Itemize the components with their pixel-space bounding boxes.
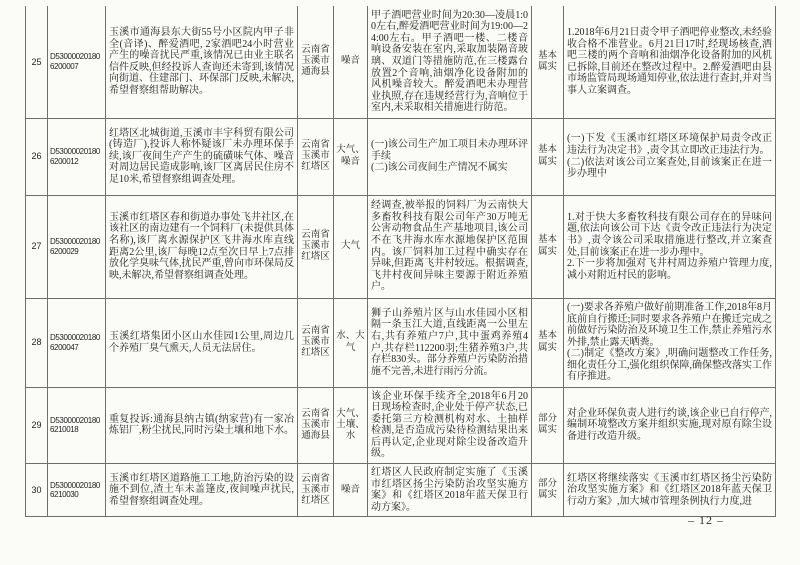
table-row: 29 D530000201806210018 重复投诉:通海县纳古镇(纳家营)有…	[26, 387, 776, 464]
pollution-type: 大气、噪音	[334, 118, 368, 195]
complaint-text: 重复投诉:通海县纳古镇(纳家营)有一家冶炼铝厂,粉尘扰民,同时污染土壤和地下水。	[106, 387, 298, 464]
table-row: 26 D530000201806200012 红塔区北城街道,玉溪市丰宇科贸有限…	[26, 118, 776, 195]
measures-text: (一)下发《玉溪市红塔区环境保护局责令改正违法行为决定书》,责令其立即改正违法行…	[564, 118, 776, 195]
page-number: – 12 –	[688, 513, 724, 528]
row-number: 28	[26, 298, 48, 387]
pollution-type: 噪音	[334, 464, 368, 517]
status-label: 基本属实	[532, 195, 564, 298]
investigation-text: 红塔区人民政府制定实施了《玉溪市红塔区扬尘污染防治攻坚实施方案》和《红塔区201…	[368, 464, 532, 517]
case-id: D530000201806200007	[48, 6, 106, 118]
complaint-text: 玉溪市通海县东大街55号小区院内甲子非全(音译)、醉爱酒吧, 2家酒吧24小时营…	[106, 6, 298, 118]
status-label: 基本属实	[532, 6, 564, 118]
pollution-type: 水、大气	[334, 298, 368, 387]
measures-text: 1.2018年6月21日责令甲子酒吧停业整改,未经验收合格不准营业。6月21日1…	[564, 6, 776, 118]
row-number: 26	[26, 118, 48, 195]
complaint-text: 玉溪市红塔区道路施工工地,防治污染的设施不到位,渣土车未盖篷皮,夜间噪声扰民,希…	[106, 464, 298, 517]
row-number: 29	[26, 387, 48, 464]
location: 云南省玉溪市红塔区	[298, 195, 334, 298]
complaint-text: 红塔区北城街道,玉溪市丰宇科贸有限公司(铸造厂),投诉人称怀疑该厂未办理环保手续…	[106, 118, 298, 195]
case-id: D530000201806200047	[48, 298, 106, 387]
location: 云南省玉溪市红塔区	[298, 118, 334, 195]
pollution-type: 大气	[334, 195, 368, 298]
measures-text: 1.对于快大多畜牧科技有限公司存在的异味问题,依法向该公司下达《责令改正违法行为…	[564, 195, 776, 298]
table-row: 25 D530000201806200007 玉溪市通海县东大街55号小区院内甲…	[26, 6, 776, 118]
status-label: 部分属实	[532, 464, 564, 517]
location: 云南省玉溪市红塔区	[298, 464, 334, 517]
measures-text: 对企业环保负责人进行约谈,该企业已自行停产,编制环境整改方案并组织实施,现对原有…	[564, 387, 776, 464]
investigation-text: 该企业环保手续齐全,2018年6月20日现场检查时,企业处于停产状态,已委托第三…	[368, 387, 532, 464]
row-number: 27	[26, 195, 48, 298]
status-label: 基本属实	[532, 298, 564, 387]
complaints-table: 25 D530000201806200007 玉溪市通海县东大街55号小区院内甲…	[25, 6, 776, 517]
status-label: 部分属实	[532, 387, 564, 464]
case-id: D530000201806210018	[48, 387, 106, 464]
location: 云南省玉溪市红塔区	[298, 298, 334, 387]
complaint-text: 玉溪红塔集团小区山水佳园1公里,周边几个养殖厂臭气熏天,人员无法居住。	[106, 298, 298, 387]
location: 云南省玉溪市通海县	[298, 387, 334, 464]
investigation-text: 狮子山养殖片区与山水佳园小区相隔一条玉江大道,直线距离一公里左右,共有养殖户7户…	[368, 298, 532, 387]
investigation-text: 经调查,被举报的饲料厂为云南快大多畜牧科技有限公司年产30万吨无公害动物食品生产…	[368, 195, 532, 298]
document-page: 25 D530000201806200007 玉溪市通海县东大街55号小区院内甲…	[0, 0, 800, 565]
measures-text: 红塔区将继续落实《玉溪市红塔区扬尘污染防治攻坚实施方案》和《红塔区2018年蓝天…	[564, 464, 776, 517]
case-id: D530000201806200029	[48, 195, 106, 298]
table-row: 28 D530000201806200047 玉溪红塔集团小区山水佳园1公里,周…	[26, 298, 776, 387]
pollution-type: 噪音	[334, 6, 368, 118]
location: 云南省玉溪市通海县	[298, 6, 334, 118]
row-number: 25	[26, 6, 48, 118]
investigation-text: 甲子酒吧营业时间为20:30—凌晨1:00左右,醉爱酒吧营业时间为19:00—2…	[368, 6, 532, 118]
table-row: 27 D530000201806200029 玉溪市红塔区春和街道办事处飞井社区…	[26, 195, 776, 298]
investigation-text: (一)该公司生产加工项目未办理环评手续 (二)该公司夜间生产情况不属实	[368, 118, 532, 195]
pollution-type: 大气、土壤、水	[334, 387, 368, 464]
measures-text: (一)要求各养殖户做好前期准备工作,2018年8月底前自行搬迁;同时要求各养殖户…	[564, 298, 776, 387]
status-label: 基本属实	[532, 118, 564, 195]
row-number: 30	[26, 464, 48, 517]
table-row: 30 D530000201806210030 玉溪市红塔区道路施工工地,防治污染…	[26, 464, 776, 517]
complaint-text: 玉溪市红塔区春和街道办事处飞井社区,在该社区的南边建有一个饲料厂(未提供具体名称…	[106, 195, 298, 298]
case-id: D530000201806210030	[48, 464, 106, 517]
case-id: D530000201806200012	[48, 118, 106, 195]
